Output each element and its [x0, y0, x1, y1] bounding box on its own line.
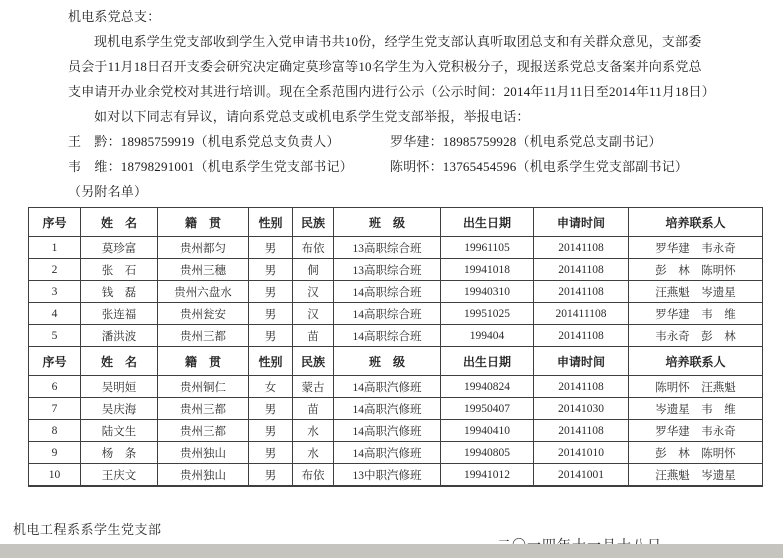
cell-no: 2 [29, 259, 81, 281]
footer-signature-org: 机电工程系系学生党支部 [13, 519, 162, 538]
cell-apply-date: 20141108 [534, 325, 629, 347]
cell-mentors: 彭 林 陈明怀 [629, 442, 763, 464]
cell-gender: 男 [249, 237, 293, 259]
roster-table: 序号姓 名籍 贯性别民族班 级出生日期申请时间培养联系人1莫珍富贵州都匀男布依1… [28, 207, 763, 487]
table-header-row: 序号姓 名籍 贯性别民族班 级出生日期申请时间培养联系人 [29, 347, 763, 376]
contact-line: 王 黔：18985759919（机电系党总支负责人） 罗华建：189857599… [68, 129, 728, 154]
contact-general-branch-deputy: 罗华建：18985759928（机电系党总支副书记） [390, 129, 728, 154]
cell-origin: 贵州三都 [158, 398, 249, 420]
cell-birth-date: 19961105 [441, 237, 534, 259]
cell-mentors: 汪燕魁 岑遗星 [629, 281, 763, 303]
column-header-gender: 性别 [249, 208, 293, 237]
column-header-class: 班 级 [334, 347, 441, 376]
table-row: 5潘洪波贵州三都男苗14高职综合班19940420141108韦永奇 彭 林 [29, 325, 763, 347]
table-row: 10王庆文贵州独山男布依13中职汽修班1994101220141001汪燕魁 岑… [29, 464, 763, 487]
cell-origin: 贵州独山 [158, 464, 249, 487]
cell-name: 吴庆海 [81, 398, 158, 420]
cell-mentors: 陈明怀 汪燕魁 [629, 376, 763, 398]
column-header-no: 序号 [29, 208, 81, 237]
cell-birth-date: 19940805 [441, 442, 534, 464]
cell-mentors: 罗华建 韦 维 [629, 303, 763, 325]
cell-birth-date: 19951025 [441, 303, 534, 325]
table-row: 1莫珍富贵州都匀男布依13高职综合班1996110520141108罗华建 韦永… [29, 237, 763, 259]
cell-name: 钱 磊 [81, 281, 158, 303]
cell-mentors: 罗华建 韦永奇 [629, 237, 763, 259]
cell-origin: 贵州独山 [158, 442, 249, 464]
cell-gender: 男 [249, 281, 293, 303]
cell-mentors: 岑遗星 韦 维 [629, 398, 763, 420]
attachment-note: （另附名单） [68, 179, 728, 204]
table-row: 2张 石贵州三穗男侗13高职综合班1994101820141108彭 林 陈明怀 [29, 259, 763, 281]
cell-name: 陆文生 [81, 420, 158, 442]
cell-ethnicity: 布依 [293, 237, 334, 259]
table-header-row: 序号姓 名籍 贯性别民族班 级出生日期申请时间培养联系人 [29, 208, 763, 237]
cell-origin: 贵州三穗 [158, 259, 249, 281]
column-header-ethnicity: 民族 [293, 347, 334, 376]
body-line: 如对以下同志有异议，请向系党总支或机电系学生党支部举报，举报电话： [68, 104, 728, 129]
cell-class: 14高职汽修班 [334, 420, 441, 442]
cell-ethnicity: 水 [293, 420, 334, 442]
cell-no: 3 [29, 281, 81, 303]
cell-apply-date: 20141001 [534, 464, 629, 487]
cell-apply-date: 20141108 [534, 237, 629, 259]
cell-birth-date: 19940824 [441, 376, 534, 398]
cell-no: 5 [29, 325, 81, 347]
cell-no: 6 [29, 376, 81, 398]
table-row: 6吴明姮贵州铜仁女蒙古14高职汽修班1994082420141108陈明怀 汪燕… [29, 376, 763, 398]
cell-name: 王庆文 [81, 464, 158, 487]
cell-class: 14高职汽修班 [334, 442, 441, 464]
column-header-origin: 籍 贯 [158, 208, 249, 237]
salutation: 机电系党总支： [68, 4, 728, 29]
cell-gender: 男 [249, 325, 293, 347]
cell-name: 张 石 [81, 259, 158, 281]
cell-birth-date: 19941012 [441, 464, 534, 487]
cell-origin: 贵州都匀 [158, 237, 249, 259]
column-header-name: 姓 名 [81, 208, 158, 237]
cell-birth-date: 19941018 [441, 259, 534, 281]
cell-name: 潘洪波 [81, 325, 158, 347]
column-header-mentors: 培养联系人 [629, 208, 763, 237]
column-header-birth-date: 出生日期 [441, 347, 534, 376]
cell-class: 14高职综合班 [334, 281, 441, 303]
document-page: 机电系党总支： 现机电系学生党支部收到学生入党申请书共10份，经学生党支部认真听… [0, 0, 783, 551]
contact-student-branch-deputy: 陈明怀：13765454596（机电系学生党支部副书记） [390, 154, 728, 179]
cell-apply-date: 20141108 [534, 420, 629, 442]
cell-name: 吴明姮 [81, 376, 158, 398]
cell-origin: 贵州六盘水 [158, 281, 249, 303]
cell-gender: 男 [249, 259, 293, 281]
cell-ethnicity: 苗 [293, 398, 334, 420]
cell-no: 7 [29, 398, 81, 420]
table-row: 4张连福贵州瓮安男汉14高职综合班19951025201411108罗华建 韦 … [29, 303, 763, 325]
column-header-ethnicity: 民族 [293, 208, 334, 237]
cell-birth-date: 19940410 [441, 420, 534, 442]
cell-ethnicity: 蒙古 [293, 376, 334, 398]
body-line: 支申请开办业余党校对其进行培训。现在全系范围内进行公示（公示时间：2014年11… [68, 79, 728, 104]
body-line: 现机电系学生党支部收到学生入党申请书共10份，经学生党支部认真听取团总支和有关群… [68, 29, 728, 54]
cell-no: 9 [29, 442, 81, 464]
cell-class: 14高职综合班 [334, 325, 441, 347]
contact-student-branch-secretary: 韦 维：18798291001（机电系学生党支部书记） [68, 154, 390, 179]
cell-class: 14高职汽修班 [334, 398, 441, 420]
cell-no: 4 [29, 303, 81, 325]
cell-name: 张连福 [81, 303, 158, 325]
column-header-name: 姓 名 [81, 347, 158, 376]
column-header-no: 序号 [29, 347, 81, 376]
cell-no: 1 [29, 237, 81, 259]
table-row: 3钱 磊贵州六盘水男汉14高职综合班1994031020141108汪燕魁 岑遗… [29, 281, 763, 303]
column-header-class: 班 级 [334, 208, 441, 237]
column-header-mentors: 培养联系人 [629, 347, 763, 376]
cell-gender: 男 [249, 420, 293, 442]
cell-name: 莫珍富 [81, 237, 158, 259]
cell-apply-date: 20141030 [534, 398, 629, 420]
cell-mentors: 汪燕魁 岑遗星 [629, 464, 763, 487]
cell-ethnicity: 布依 [293, 464, 334, 487]
cell-ethnicity: 侗 [293, 259, 334, 281]
cell-ethnicity: 汉 [293, 281, 334, 303]
cell-class: 14高职汽修班 [334, 376, 441, 398]
cell-gender: 男 [249, 398, 293, 420]
cell-gender: 女 [249, 376, 293, 398]
page-bottom-edge [0, 544, 783, 551]
cell-gender: 男 [249, 442, 293, 464]
cell-class: 13中职汽修班 [334, 464, 441, 487]
cell-gender: 男 [249, 303, 293, 325]
cell-name: 杨 条 [81, 442, 158, 464]
cell-mentors: 罗华建 韦永奇 [629, 420, 763, 442]
column-header-gender: 性别 [249, 347, 293, 376]
cell-origin: 贵州铜仁 [158, 376, 249, 398]
cell-class: 13高职综合班 [334, 237, 441, 259]
cell-mentors: 韦永奇 彭 林 [629, 325, 763, 347]
cell-birth-date: 19940310 [441, 281, 534, 303]
contact-general-branch-lead: 王 黔：18985759919（机电系党总支负责人） [68, 129, 390, 154]
cell-origin: 贵州三都 [158, 325, 249, 347]
contact-line: 韦 维：18798291001（机电系学生党支部书记） 陈明怀：13765454… [68, 154, 728, 179]
cell-class: 13高职综合班 [334, 259, 441, 281]
cell-ethnicity: 汉 [293, 303, 334, 325]
cell-birth-date: 199404 [441, 325, 534, 347]
cell-class: 14高职综合班 [334, 303, 441, 325]
notice-body: 机电系党总支： 现机电系学生党支部收到学生入党申请书共10份，经学生党支部认真听… [68, 4, 728, 204]
column-header-birth-date: 出生日期 [441, 208, 534, 237]
body-line: 员会于11月18日召开支委会研究决定确定莫珍富等10名学生为入党积极分子，现报送… [68, 54, 728, 79]
cell-ethnicity: 水 [293, 442, 334, 464]
roster-table-body: 序号姓 名籍 贯性别民族班 级出生日期申请时间培养联系人1莫珍富贵州都匀男布依1… [29, 208, 763, 487]
cell-apply-date: 201411108 [534, 303, 629, 325]
cell-ethnicity: 苗 [293, 325, 334, 347]
column-header-apply-date: 申请时间 [534, 208, 629, 237]
table-row: 7吴庆海贵州三都男苗14高职汽修班1995040720141030岑遗星 韦 维 [29, 398, 763, 420]
table-row: 9杨 条贵州独山男水14高职汽修班1994080520141010彭 林 陈明怀 [29, 442, 763, 464]
cell-gender: 男 [249, 464, 293, 487]
cell-birth-date: 19950407 [441, 398, 534, 420]
cell-apply-date: 20141108 [534, 376, 629, 398]
cell-mentors: 彭 林 陈明怀 [629, 259, 763, 281]
table-row: 8陆文生贵州三都男水14高职汽修班1994041020141108罗华建 韦永奇 [29, 420, 763, 442]
column-header-apply-date: 申请时间 [534, 347, 629, 376]
cell-apply-date: 20141108 [534, 259, 629, 281]
cell-origin: 贵州三都 [158, 420, 249, 442]
cell-no: 10 [29, 464, 81, 487]
cell-no: 8 [29, 420, 81, 442]
cell-apply-date: 20141010 [534, 442, 629, 464]
cell-apply-date: 20141108 [534, 281, 629, 303]
cell-origin: 贵州瓮安 [158, 303, 249, 325]
column-header-origin: 籍 贯 [158, 347, 249, 376]
